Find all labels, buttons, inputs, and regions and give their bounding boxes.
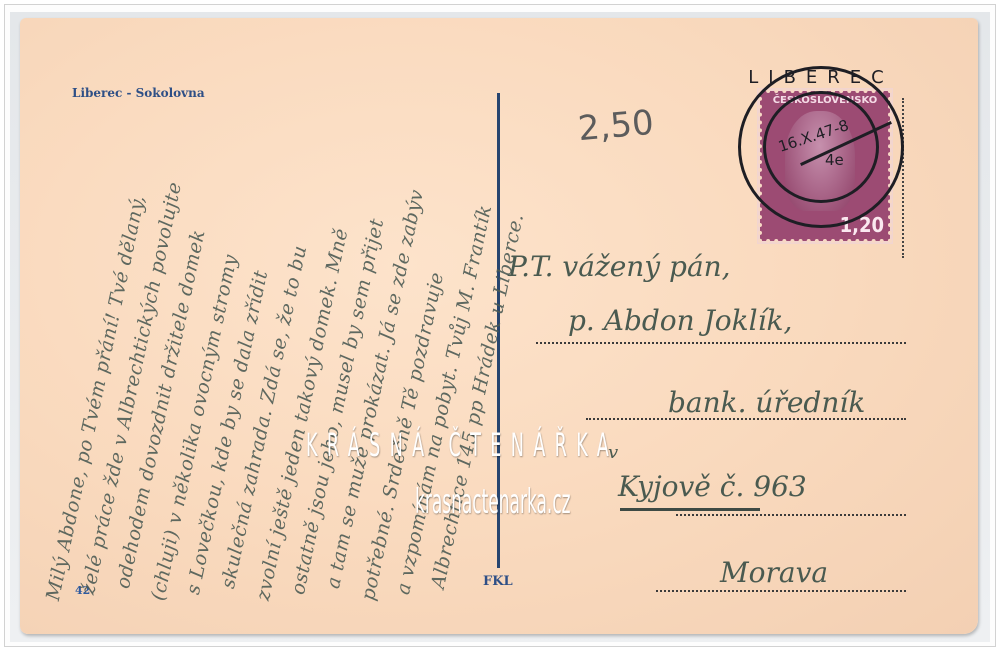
address-line-occupation: bank. úředník	[668, 386, 865, 419]
pencil-price-note: 2,50	[576, 103, 655, 149]
postcard-caption: Liberec - Sokolovna	[72, 86, 205, 100]
address-rule-3	[676, 514, 906, 516]
postmark-city: LIBEREC	[741, 67, 901, 88]
address-rule-1	[536, 342, 906, 344]
address-line-region: Morava	[720, 556, 828, 589]
city-underline	[620, 508, 760, 511]
stamp-box-dotted-edge	[902, 98, 906, 258]
address-line-name: p. Abdon Joklík,	[568, 304, 792, 337]
address-rule-2	[586, 418, 906, 420]
address-line-salutation: P.T. vážený pán,	[508, 250, 731, 283]
address-rule-4	[656, 590, 906, 592]
postcard-back: Liberec - Sokolovna 42 FKL Milý Abdone, …	[20, 18, 978, 634]
address-line-city: Kyjově č. 963	[618, 470, 807, 503]
publisher-mark: FKL	[483, 574, 513, 589]
watermark-title: KRÁSNÁ ČTENÁŘKA	[306, 426, 618, 464]
postmark-code: 4e	[825, 151, 844, 169]
watermark-url: krasnactenarka.cz	[415, 482, 571, 522]
postmark-cancel: LIBEREC 16.X.47-8 4e	[738, 66, 904, 228]
